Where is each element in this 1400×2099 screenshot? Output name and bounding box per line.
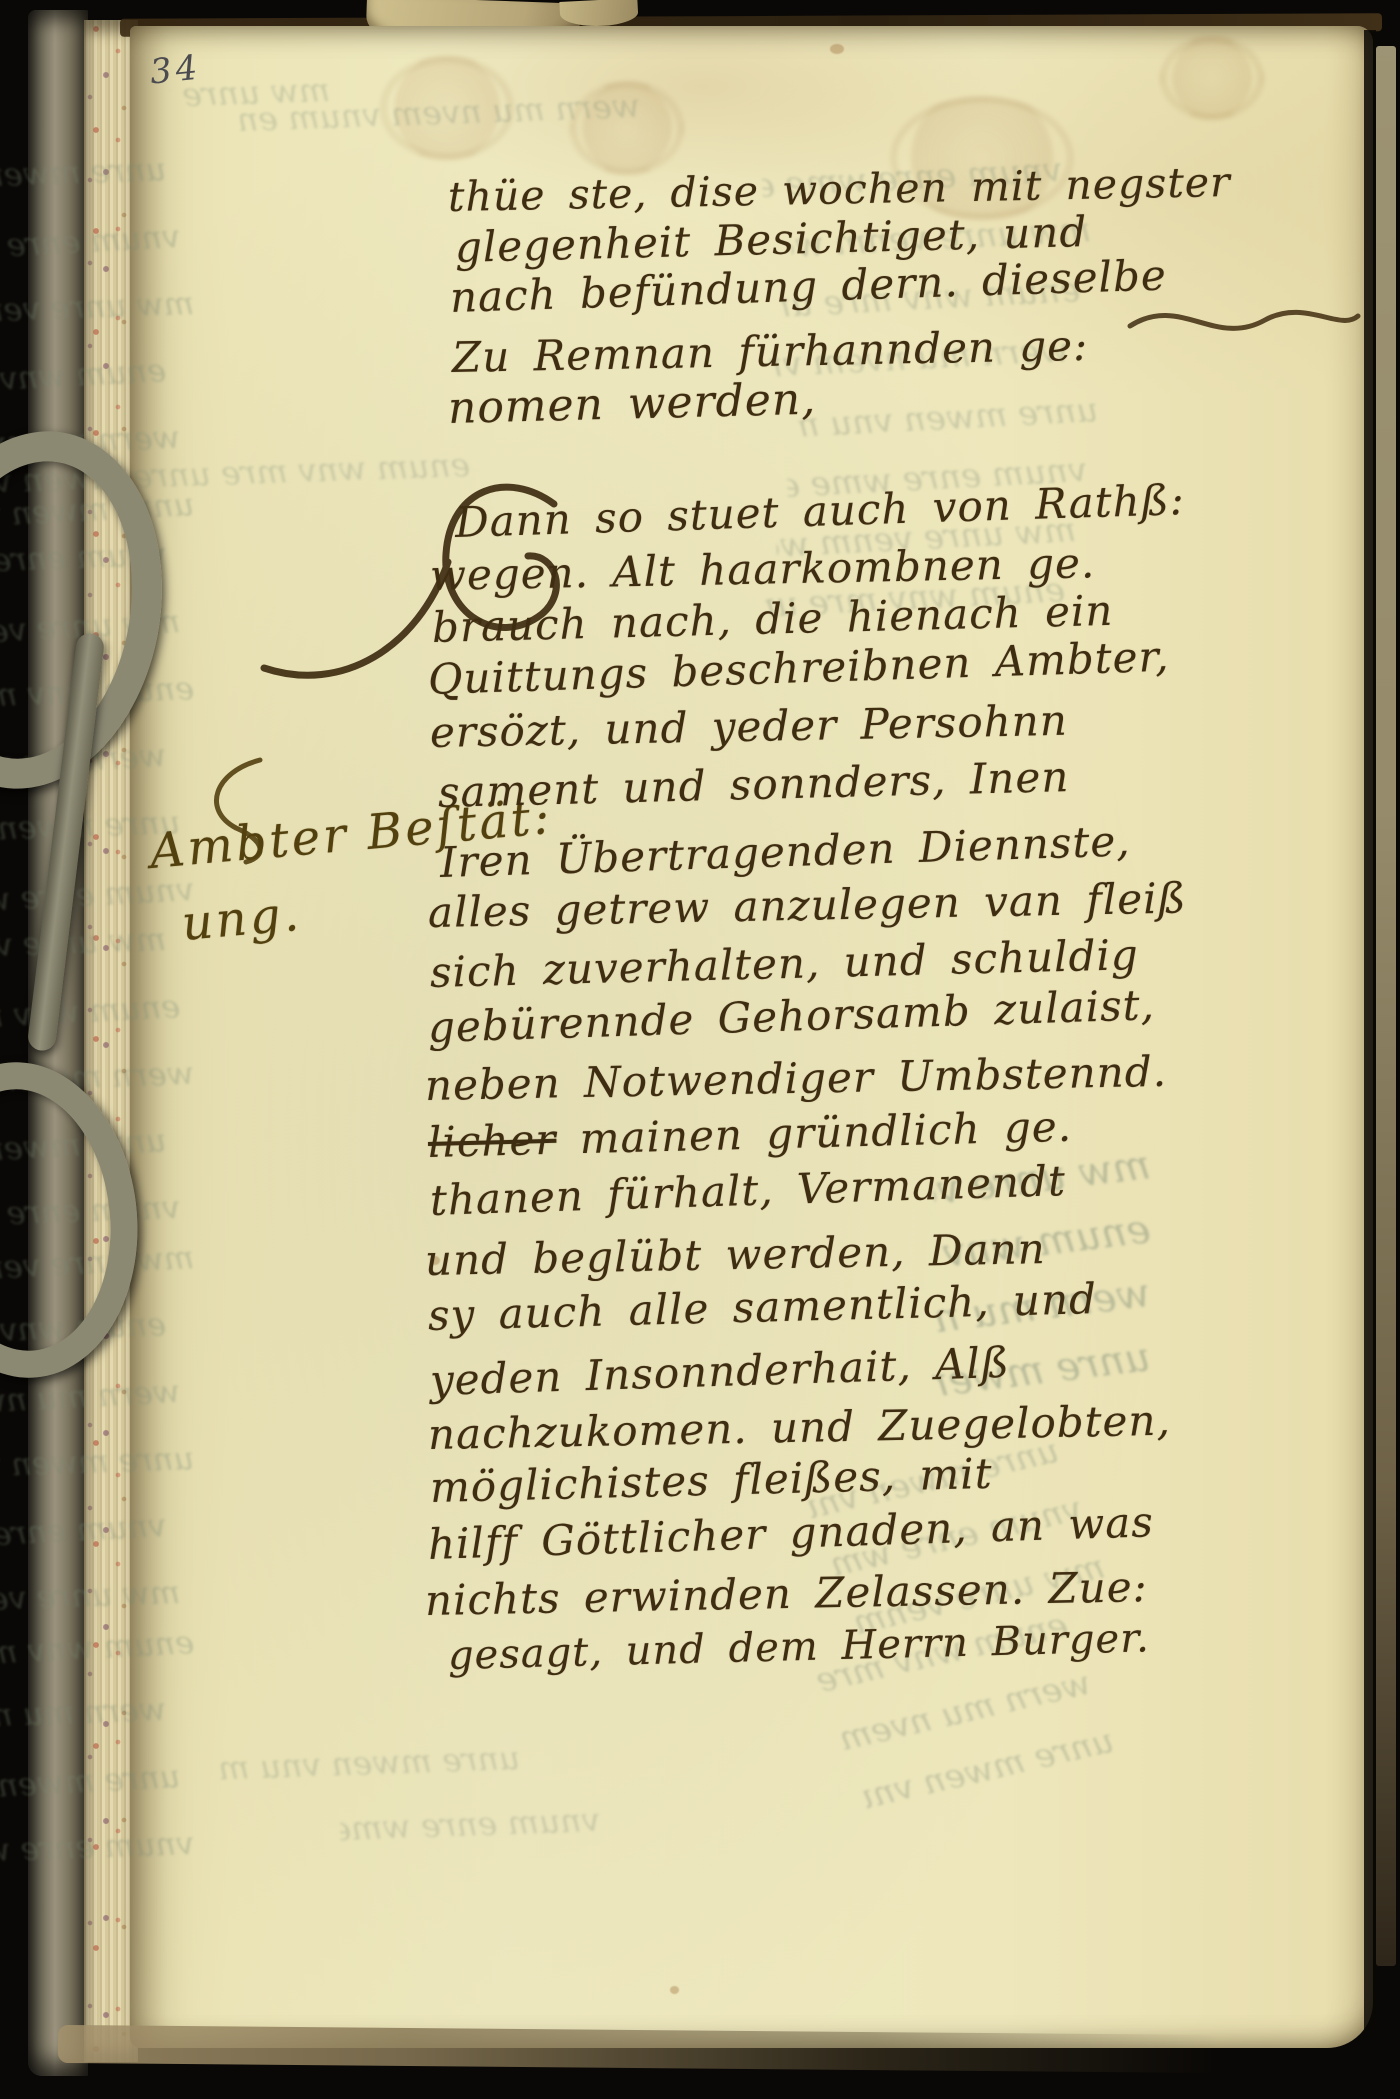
margin-note-line2: ung. xyxy=(180,886,304,952)
page-number: 34 xyxy=(148,47,203,92)
water-stain xyxy=(1160,36,1264,120)
manuscript-photo: unre mwen vnu vnum enre wme emw unre ven… xyxy=(0,0,1400,2099)
page-shadow-gap xyxy=(1364,30,1376,2030)
foxing-spot xyxy=(830,44,844,54)
manuscript-line: nomen werden, xyxy=(447,374,816,434)
foxing-spot xyxy=(670,1986,679,1994)
struck-word: licher xyxy=(427,1115,557,1167)
underlying-page-edge xyxy=(1376,46,1396,1966)
